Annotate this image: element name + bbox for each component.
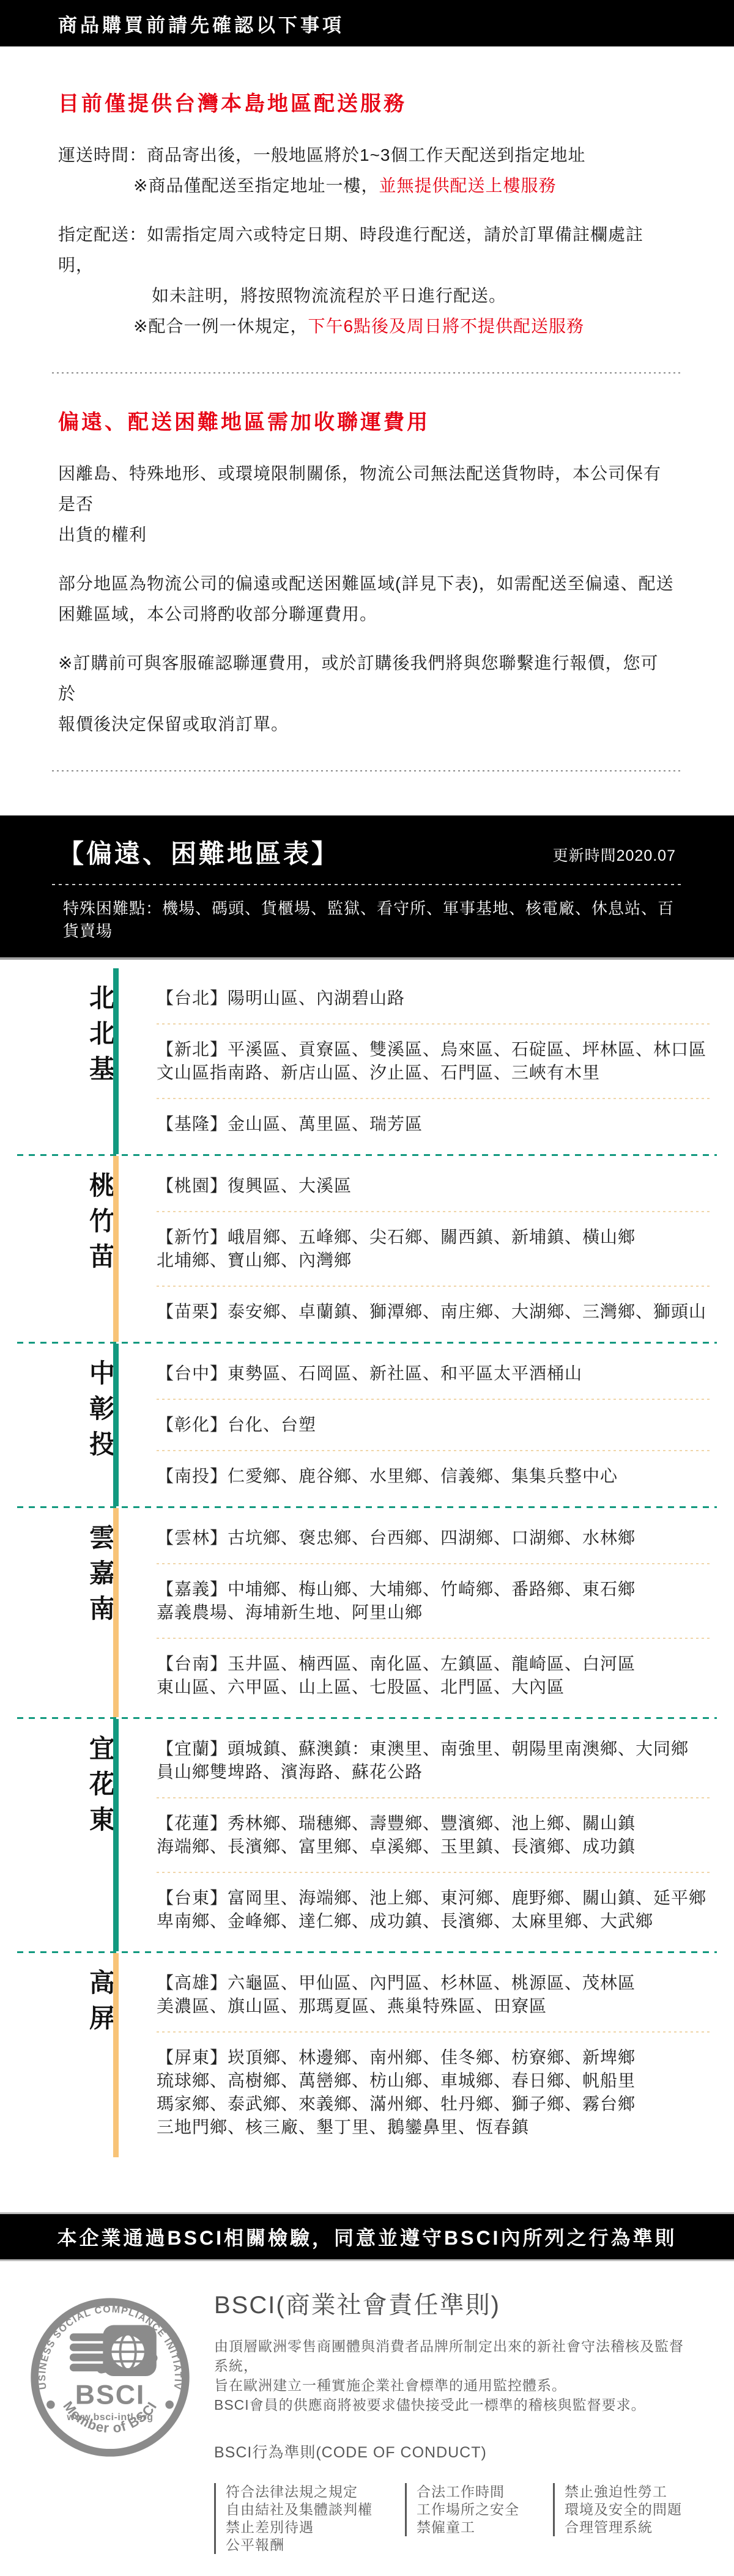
shipping-note-black: ※商品僅配送至指定地址一樓， bbox=[133, 176, 379, 195]
area-group: 桃竹苗【桃園】復興區、大溪區【新竹】峨眉鄉、五峰鄉、尖石鄉、關西鎮、新埔鎮、橫山… bbox=[0, 1156, 734, 1342]
area-groups: 北北基【台北】陽明山區、內湖碧山路【新北】平溪區、貢寮區、雙溪區、烏來區、石碇區… bbox=[0, 968, 734, 2157]
designated-line-2: 如未註明，將按照物流流程於平日進行配送。 bbox=[152, 281, 676, 311]
area-row: 【苗栗】泰安鄉、卓蘭鎮、獅潭鄉、南庄鄉、大湖鄉、三灣鄉、獅頭山 bbox=[157, 1287, 710, 1337]
region-label: 北北基 bbox=[0, 968, 113, 1154]
region-label: 雲嘉南 bbox=[0, 1508, 113, 1717]
area-row: 【台東】富岡里、海端鄉、池上鄉、東河鄉、鹿野鄉、關山鎮、延平鄉 卑南鄉、金峰鄉、… bbox=[157, 1873, 710, 1946]
area-row: 【屏東】崁頂鄉、林邊鄉、南州鄉、佳冬鄉、枋寮鄉、新埤鄉 琉球鄉、高樹鄉、萬巒鄉、… bbox=[157, 2033, 710, 2152]
region-rows: 【桃園】復興區、大溪區【新竹】峨眉鄉、五峰鄉、尖石鄉、關西鎮、新埔鎮、橫山鄉 北… bbox=[119, 1156, 734, 1342]
remote-paragraph-2: 部分地區為物流公司的偏遠或配送困難區域(詳見下表)，如需配送至偏遠、配送 困難區… bbox=[58, 569, 676, 630]
region-rows: 【台中】東勢區、石岡區、新社區、和平區太平酒桶山【彰化】台化、台塑【南投】仁愛鄉… bbox=[119, 1344, 734, 1506]
area-group: 雲嘉南【雲林】古坑鄉、褒忠鄉、台西鄉、四湖鄉、口湖鄉、水林鄉【嘉義】中埔鄉、梅山… bbox=[0, 1508, 734, 1717]
ring-dot-right bbox=[165, 2401, 174, 2409]
bsci-banner-title: 本企業通過BSCI相關檢驗，同意並遵守BSCI內所列之行為準則 bbox=[57, 2223, 677, 2251]
designated-note: ※配合一例一休規定，下午6點後及周日將不提供配送服務 bbox=[133, 311, 676, 342]
bsci-compliance-banner: 本企業通過BSCI相關檢驗，同意並遵守BSCI內所列之行為準則 bbox=[0, 2212, 734, 2261]
code-item: 禁止強迫性勞工 bbox=[553, 2483, 697, 2501]
shipping-time-line: 運送時間：商品寄出後，一般地區將於1~3個工作天配送到指定地址 bbox=[58, 140, 676, 171]
section-divider bbox=[52, 372, 682, 374]
area-table-title: 【偏遠、困難地區表】 bbox=[58, 834, 339, 870]
code-item: 合法工作時間 bbox=[405, 2483, 553, 2501]
area-table-title-row: 【偏遠、困難地區表】 更新時間2020.07 bbox=[58, 834, 676, 870]
area-table-header: 【偏遠、困難地區表】 更新時間2020.07 特殊困難點：機場、碼頭、貨櫃場、監… bbox=[0, 815, 734, 960]
code-item: 合理管理系統 bbox=[553, 2519, 697, 2536]
remote-area-table: 北北基【台北】陽明山區、內湖碧山路【新北】平溪區、貢寮區、雙溪區、烏來區、石碇區… bbox=[0, 960, 734, 2212]
shipping-time-note: ※商品僅配送至指定地址一樓，並無提供配送上樓服務 bbox=[133, 171, 676, 201]
code-item: 禁止差別待遇 bbox=[214, 2519, 405, 2536]
shipping-note-red: 並無提供配送上樓服務 bbox=[379, 176, 556, 195]
area-row: 【台南】玉井區、楠西區、南化區、左鎮區、龍崎區、白河區 東山區、六甲區、山上區、… bbox=[157, 1639, 710, 1712]
area-group: 高屏【高雄】六龜區、甲仙區、內門區、杉林區、桃源區、茂林區 美濃區、旗山區、那瑪… bbox=[0, 1953, 734, 2157]
designated-line-1: 指定配送：如需指定周六或特定日期、時段進行配送，請於訂單備註欄處註明， bbox=[58, 219, 676, 281]
remote-paragraph-3: ※訂購前可與客服確認聯運費用，或於訂購後我們將與您聯繫進行報價，您可於 報價後決… bbox=[58, 648, 676, 740]
region-color-bar bbox=[113, 968, 119, 1154]
top-notice-banner: 商品購買前請先確認以下事項 bbox=[0, 0, 734, 46]
designated-delivery-paragraph: 指定配送：如需指定周六或特定日期、時段進行配送，請於訂單備註欄處註明， 如未註明… bbox=[58, 219, 676, 342]
area-row: 【花蓮】秀林鄉、瑞穗鄉、壽豐鄉、豐濱鄉、池上鄉、關山鎮 海端鄉、長濱鄉、富里鄉、… bbox=[157, 1798, 710, 1872]
area-row: 【南投】仁愛鄉、鹿谷鄉、水里鄉、信義鄉、集集兵整中心 bbox=[157, 1451, 710, 1501]
designated-note-red: 下午6點後及周日將不提供配送服務 bbox=[308, 317, 584, 336]
bsci-text-column: BSCI(商業社會責任準則) 由頂層歐洲零售商團體與消費者品牌所制定出來的新社會… bbox=[214, 2286, 710, 2554]
area-row: 【彰化】台化、台塑 bbox=[157, 1400, 710, 1450]
bsci-url-text: www.bsci-intl.org bbox=[66, 2412, 153, 2423]
region-color-bar bbox=[113, 1156, 119, 1342]
area-table-updated-time: 更新時間2020.07 bbox=[553, 844, 676, 870]
area-group: 中彰投【台中】東勢區、石岡區、新社區、和平區太平酒桶山【彰化】台化、台塑【南投】… bbox=[0, 1344, 734, 1506]
region-color-bar bbox=[113, 1953, 119, 2157]
bsci-section: BUSINESS SOCIAL COMPLIANCE INITIATIVE Me… bbox=[0, 2261, 734, 2576]
region-rows: 【台北】陽明山區、內湖碧山路【新北】平溪區、貢寮區、雙溪區、烏來區、石碇區、坪林… bbox=[119, 968, 734, 1154]
code-item: 禁僱童工 bbox=[405, 2519, 553, 2536]
code-column: 合法工作時間工作場所之安全禁僱童工 bbox=[405, 2483, 553, 2554]
code-item: 工作場所之安全 bbox=[405, 2501, 553, 2519]
code-column: 禁止強迫性勞工環境及安全的問題合理管理系統 bbox=[553, 2483, 697, 2554]
region-rows: 【宜蘭】頭城鎮、蘇澳鎮：東澳里、南強里、朝陽里南澳鄉、大同鄉 員山鄉雙埤路、濱海… bbox=[119, 1719, 734, 1951]
region-color-bar bbox=[113, 1344, 119, 1506]
area-row: 【台北】陽明山區、內湖碧山路 bbox=[157, 973, 710, 1023]
code-of-conduct-heading: BSCI行為準則(CODE OF CONDUCT) bbox=[214, 2440, 697, 2462]
region-label: 高屏 bbox=[0, 1953, 113, 2157]
code-column: 符合法律法規之規定自由結社及集體談判權禁止差別待遇公平報酬 bbox=[214, 2483, 405, 2554]
top-notice-title: 商品購買前請先確認以下事項 bbox=[58, 10, 344, 37]
region-label: 中彰投 bbox=[0, 1344, 113, 1506]
area-row: 【宜蘭】頭城鎮、蘇澳鎮：東澳里、南強里、朝陽里南澳鄉、大同鄉 員山鄉雙埤路、濱海… bbox=[157, 1724, 710, 1797]
shipping-notice-section: 目前僅提供台灣本島地區配送服務 運送時間：商品寄出後，一般地區將於1~3個工作天… bbox=[0, 46, 734, 771]
ring-dot-left bbox=[46, 2401, 55, 2409]
bsci-center-text: BSCI bbox=[75, 2380, 146, 2410]
designated-note-black: ※配合一例一休規定， bbox=[133, 317, 308, 336]
region-color-bar bbox=[113, 1719, 119, 1951]
area-group: 宜花東【宜蘭】頭城鎮、蘇澳鎮：東澳里、南強里、朝陽里南澳鄉、大同鄉 員山鄉雙埤路… bbox=[0, 1719, 734, 1951]
bsci-intro-paragraph: 由頂層歐洲零售商團體與消費者品牌所制定出來的新社會守法稽核及監督系統， 旨在歐洲… bbox=[214, 2336, 697, 2395]
area-row: 【新竹】峨眉鄉、五峰鄉、尖石鄉、關西鎮、新埔鎮、橫山鄉 北埔鄉、寶山鄉、內灣鄉 bbox=[157, 1212, 710, 1286]
code-item: 公平報酬 bbox=[214, 2536, 405, 2554]
area-row: 【桃園】復興區、大溪區 bbox=[157, 1161, 710, 1211]
shipping-time-paragraph: 運送時間：商品寄出後，一般地區將於1~3個工作天配送到指定地址 ※商品僅配送至指… bbox=[58, 140, 676, 201]
island-only-heading: 目前僅提供台灣本島地區配送服務 bbox=[58, 87, 676, 117]
area-row: 【高雄】六龜區、甲仙區、內門區、杉林區、桃源區、茂林區 美濃區、旗山區、那瑪夏區… bbox=[157, 1958, 710, 2031]
bsci-heading: BSCI(商業社會責任準則) bbox=[214, 2286, 697, 2320]
region-label: 桃竹苗 bbox=[0, 1156, 113, 1342]
area-row: 【雲林】古坑鄉、褒忠鄉、台西鄉、四湖鄉、口湖鄉、水林鄉 bbox=[157, 1513, 710, 1563]
remote-paragraph-1: 因離島、特殊地形、或環境限制關係，物流公司無法配送貨物時，本公司保有是否 出貨的… bbox=[58, 458, 676, 550]
code-item: 自由結社及集體談判權 bbox=[214, 2501, 405, 2519]
bsci-logo: BUSINESS SOCIAL COMPLIANCE INITIATIVE Me… bbox=[27, 2294, 193, 2460]
region-color-bar bbox=[113, 1508, 119, 1717]
header-dashed-divider bbox=[52, 884, 682, 885]
section-divider bbox=[52, 770, 682, 771]
code-item: 環境及安全的問題 bbox=[553, 2501, 697, 2519]
area-row: 【台中】東勢區、石岡區、新社區、和平區太平酒桶山 bbox=[157, 1349, 710, 1399]
bsci-intro-paragraph-2: BSCI會員的供應商將被要求儘快接受此一標準的稽核與監督要求。 bbox=[214, 2395, 697, 2415]
area-row: 【嘉義】中埔鄉、梅山鄉、大埔鄉、竹崎鄉、番路鄉、東石鄉 嘉義農場、海埔新生地、阿… bbox=[157, 1564, 710, 1638]
region-label: 宜花東 bbox=[0, 1719, 113, 1951]
area-row: 【新北】平溪區、貢寮區、雙溪區、烏來區、石碇區、坪林區、林口區 文山區指南路、新… bbox=[157, 1025, 710, 1098]
area-row: 【基隆】金山區、萬里區、瑞芳區 bbox=[157, 1099, 710, 1149]
remote-area-heading: 偏遠、配送困難地區需加收聯運費用 bbox=[58, 405, 676, 435]
code-of-conduct-list: 符合法律法規之規定自由結社及集體談判權禁止差別待遇公平報酬合法工作時間工作場所之… bbox=[214, 2483, 697, 2554]
special-difficult-points-note: 特殊困難點：機場、碼頭、貨櫃場、監獄、看守所、軍事基地、核電廠、休息站、百貨賣場 bbox=[58, 896, 676, 941]
region-rows: 【雲林】古坑鄉、褒忠鄉、台西鄉、四湖鄉、口湖鄉、水林鄉【嘉義】中埔鄉、梅山鄉、大… bbox=[119, 1508, 734, 1717]
area-group: 北北基【台北】陽明山區、內湖碧山路【新北】平溪區、貢寮區、雙溪區、烏來區、石碇區… bbox=[0, 968, 734, 1154]
region-rows: 【高雄】六龜區、甲仙區、內門區、杉林區、桃源區、茂林區 美濃區、旗山區、那瑪夏區… bbox=[119, 1953, 734, 2157]
code-item: 符合法律法規之規定 bbox=[214, 2483, 405, 2501]
